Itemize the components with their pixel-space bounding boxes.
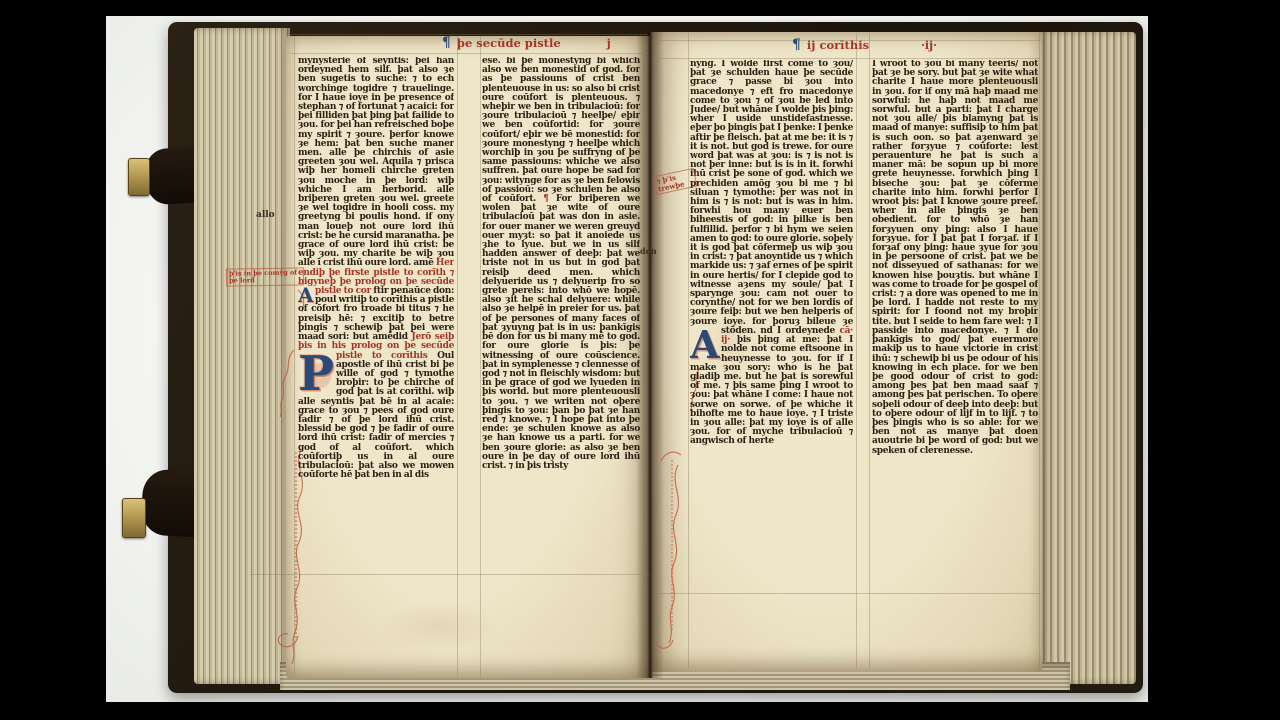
gutter-shadow [636, 32, 664, 678]
ruling-line [688, 33, 689, 669]
text-run: mynysterie of seyntis: þei han ordeyned … [298, 57, 454, 268]
ruling-line [869, 33, 870, 669]
text-run: For briþeren we wolen þat ȝe wite of our… [482, 194, 640, 471]
text-run: ese. bi þe monestyng bi which also we be… [482, 57, 640, 204]
folio-number: j [607, 37, 611, 50]
text-column-left-1: mynysterie of seyntis: þei han ordeyned … [298, 57, 454, 579]
ruling-line [294, 36, 295, 676]
decorated-initial: P [298, 353, 333, 397]
header-title-left: þe secūde pistle [457, 36, 561, 50]
ruling-line [643, 36, 644, 676]
decorated-initial: A [690, 328, 718, 363]
text-column-right-1: nyng. I wolde first come to ȝou/ þat ȝe … [690, 60, 853, 593]
margin-note-don: don [640, 246, 657, 256]
ruling-line [1039, 33, 1040, 669]
running-header-left: ¶ þe secūde pistle j [300, 35, 645, 51]
pilcrow-icon: ¶ [792, 37, 801, 53]
running-header-right: ¶ ij corīthis ·ij· [688, 37, 1038, 53]
ruling-line [290, 53, 648, 54]
ruling-line [652, 58, 1040, 59]
text-run: nyng. I wolde first come to ȝou/ þat ȝe … [690, 60, 853, 336]
page-edges-left [194, 28, 290, 684]
text-column-left-2: ese. bi þe monestyng bi which also we be… [482, 57, 640, 579]
ruling-line [660, 593, 1040, 594]
text-run: I wroot to ȝou bi many teeris/ not þat ȝ… [872, 60, 1038, 456]
text-column-right-2: I wroot to ȝou bi many teeris/ not þat ȝ… [872, 60, 1038, 593]
clasp-brass-lower [122, 498, 146, 538]
header-title-right: ij corīthis [807, 38, 869, 52]
ruling-line [480, 36, 481, 676]
margin-note-red-boxed: þ'is in þe comȳg of þe lord [226, 267, 304, 286]
ruling-line [457, 36, 458, 676]
chapter-number: ·ij· [921, 39, 937, 52]
clasp-brass-upper [128, 158, 150, 196]
margin-note-allo: allo [256, 210, 275, 220]
video-frame: ¶ þe secūde pistle j ¶ ij corīthis ·ij· … [0, 0, 1280, 720]
ruling-line [856, 33, 857, 669]
pilcrow-icon: ¶ [442, 35, 451, 51]
decorated-initial: A [298, 287, 313, 304]
page-edges-right [1040, 32, 1136, 684]
